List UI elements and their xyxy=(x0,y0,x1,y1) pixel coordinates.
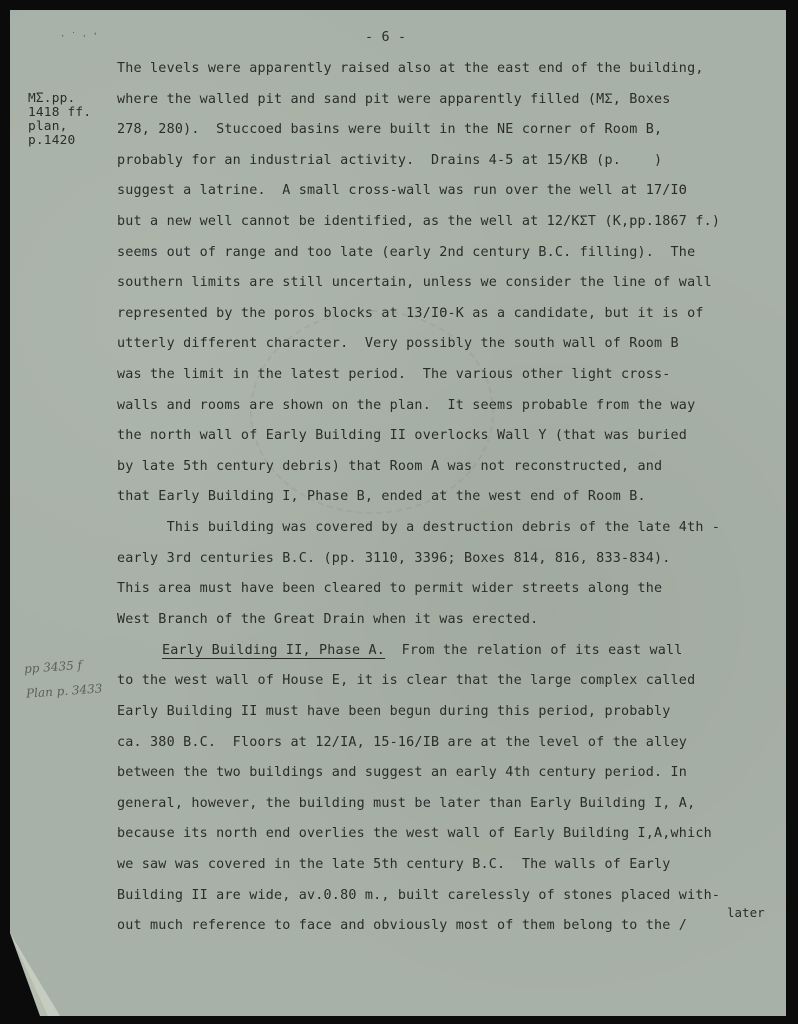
body-line: that Early Building I, Phase B, ended at… xyxy=(117,489,646,504)
page-number: - 6 - xyxy=(365,30,406,45)
body-line: the north wall of Early Building II over… xyxy=(117,428,687,443)
body-line: by late 5th century debris) that Room A … xyxy=(117,459,662,474)
body-line: represented by the poros blocks at 13/IΘ… xyxy=(117,306,704,321)
body-line: out much reference to face and obviously… xyxy=(117,918,687,933)
body-line: because its north end overlies the west … xyxy=(117,826,712,841)
body-line: This building was covered by a destructi… xyxy=(117,520,720,535)
body-line: Building II are wide, av.0.80 m., built … xyxy=(117,888,720,903)
body-line: probably for an industrial activity. Dra… xyxy=(117,153,662,168)
body-line: The levels were apparently raised also a… xyxy=(117,61,704,76)
body-line: 278, 280). Stuccoed basins were built in… xyxy=(117,122,662,137)
ink-specks: · ˙ · ' xyxy=(60,32,98,42)
section-heading-line: Early Building II, Phase A. From the rel… xyxy=(162,643,683,658)
margin-note-line: MΣ.pp. xyxy=(28,92,75,106)
body-line: seems out of range and too late (early 2… xyxy=(117,245,695,260)
body-line: to the west wall of House E, it is clear… xyxy=(117,673,695,688)
body-line: general, however, the building must be l… xyxy=(117,796,695,811)
body-line: was the limit in the latest period. The … xyxy=(117,367,671,382)
body-line: we saw was covered in the late 5th centu… xyxy=(117,857,671,872)
margin-note-line: plan, xyxy=(28,120,68,134)
body-line: suggest a latrine. A small cross-wall wa… xyxy=(117,183,687,198)
body-line: southern limits are still uncertain, unl… xyxy=(117,275,712,290)
body-line: early 3rd centuries B.C. (pp. 3110, 3396… xyxy=(117,551,671,566)
body-line: ca. 380 B.C. Floors at 12/IA, 15-16/IB a… xyxy=(117,735,687,750)
body-line: walls and rooms are shown on the plan. I… xyxy=(117,398,695,413)
margin-note-line: p.1420 xyxy=(28,134,75,148)
body-line: but a new well cannot be identified, as … xyxy=(117,214,720,229)
typed-insertion: later xyxy=(727,905,765,920)
margin-note-line: 1418 ff. xyxy=(28,106,91,120)
body-line: between the two buildings and suggest an… xyxy=(117,765,687,780)
body-line: This area must have been cleared to perm… xyxy=(117,581,662,596)
body-line: utterly different character. Very possib… xyxy=(117,336,679,351)
body-line: where the walled pit and sand pit were a… xyxy=(117,92,671,107)
body-line: Early Building II must have been begun d… xyxy=(117,704,671,719)
section-heading-rest: From the relation of its east wall xyxy=(385,643,682,658)
section-heading: Early Building II, Phase A. xyxy=(162,643,385,658)
body-line: West Branch of the Great Drain when it w… xyxy=(117,612,538,627)
